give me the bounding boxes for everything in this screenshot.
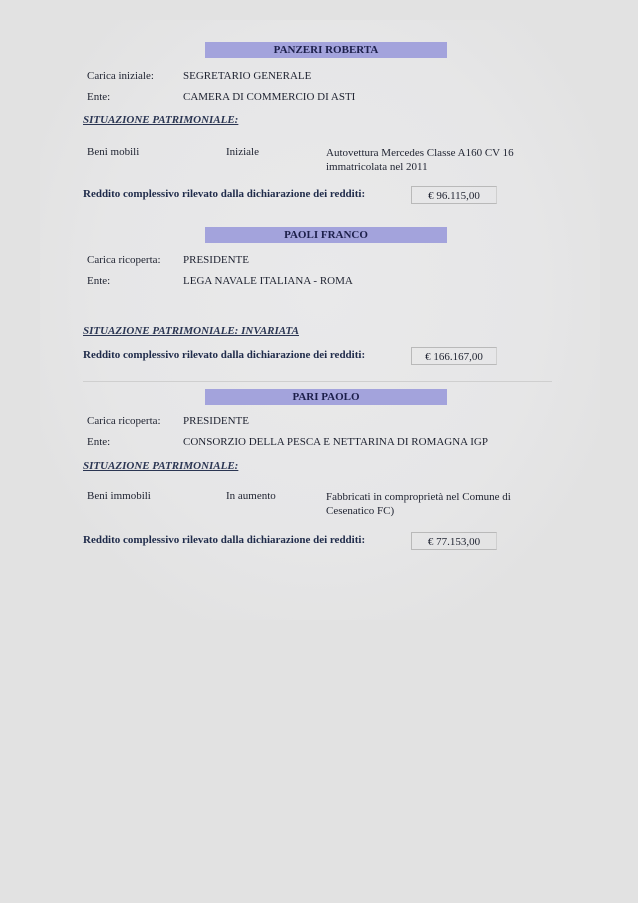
section-divider <box>83 381 552 382</box>
entity-label: Ente: <box>87 436 110 448</box>
assets-heading: SITUAZIONE PATRIMONIALE: INVARIATA <box>83 325 299 337</box>
asset-status: In aumento <box>226 490 276 502</box>
entity-label: Ente: <box>87 275 110 287</box>
role-value: SEGRETARIO GENERALE <box>183 70 311 82</box>
asset-description: Autovettura Mercedes Classe A160 CV 16 i… <box>326 146 514 174</box>
asset-description-line: Cesenatico FC) <box>326 504 511 518</box>
role-label: Carica ricoperta: <box>87 254 161 266</box>
income-value: € 166.167,00 <box>411 347 497 365</box>
role-label: Carica iniziale: <box>87 70 154 82</box>
asset-description-line: immatricolata nel 2011 <box>326 160 514 174</box>
income-value: € 96.115,00 <box>411 186 497 204</box>
role-label: Carica ricoperta: <box>87 415 161 427</box>
person-name-bar: PANZERI ROBERTA <box>205 42 447 58</box>
role-value: PRESIDENTE <box>183 254 249 266</box>
asset-description: Fabbricati in comproprietà nel Comune di… <box>326 490 511 518</box>
entity-label: Ente: <box>87 91 110 103</box>
assets-heading: SITUAZIONE PATRIMONIALE: <box>83 114 238 126</box>
income-label: Reddito complessivo rilevato dalla dichi… <box>83 349 365 361</box>
role-value: PRESIDENTE <box>183 415 249 427</box>
entity-value: LEGA NAVALE ITALIANA - ROMA <box>183 275 353 287</box>
income-value: € 77.153,00 <box>411 532 497 550</box>
entity-value: CONSORZIO DELLA PESCA E NETTARINA DI ROM… <box>183 436 488 448</box>
assets-heading: SITUAZIONE PATRIMONIALE: <box>83 460 238 472</box>
person-name-bar: PAOLI FRANCO <box>205 227 447 243</box>
income-label: Reddito complessivo rilevato dalla dichi… <box>83 188 365 200</box>
asset-description-line: Fabbricati in comproprietà nel Comune di <box>326 490 511 504</box>
asset-type: Beni mobili <box>87 146 139 158</box>
person-name-bar: PARI PAOLO <box>205 389 447 405</box>
asset-description-line: Autovettura Mercedes Classe A160 CV 16 <box>326 146 514 160</box>
asset-type: Beni immobili <box>87 490 151 502</box>
page-background <box>40 20 600 620</box>
income-label: Reddito complessivo rilevato dalla dichi… <box>83 534 365 546</box>
asset-status: Iniziale <box>226 146 259 158</box>
entity-value: CAMERA DI COMMERCIO DI ASTI <box>183 91 355 103</box>
